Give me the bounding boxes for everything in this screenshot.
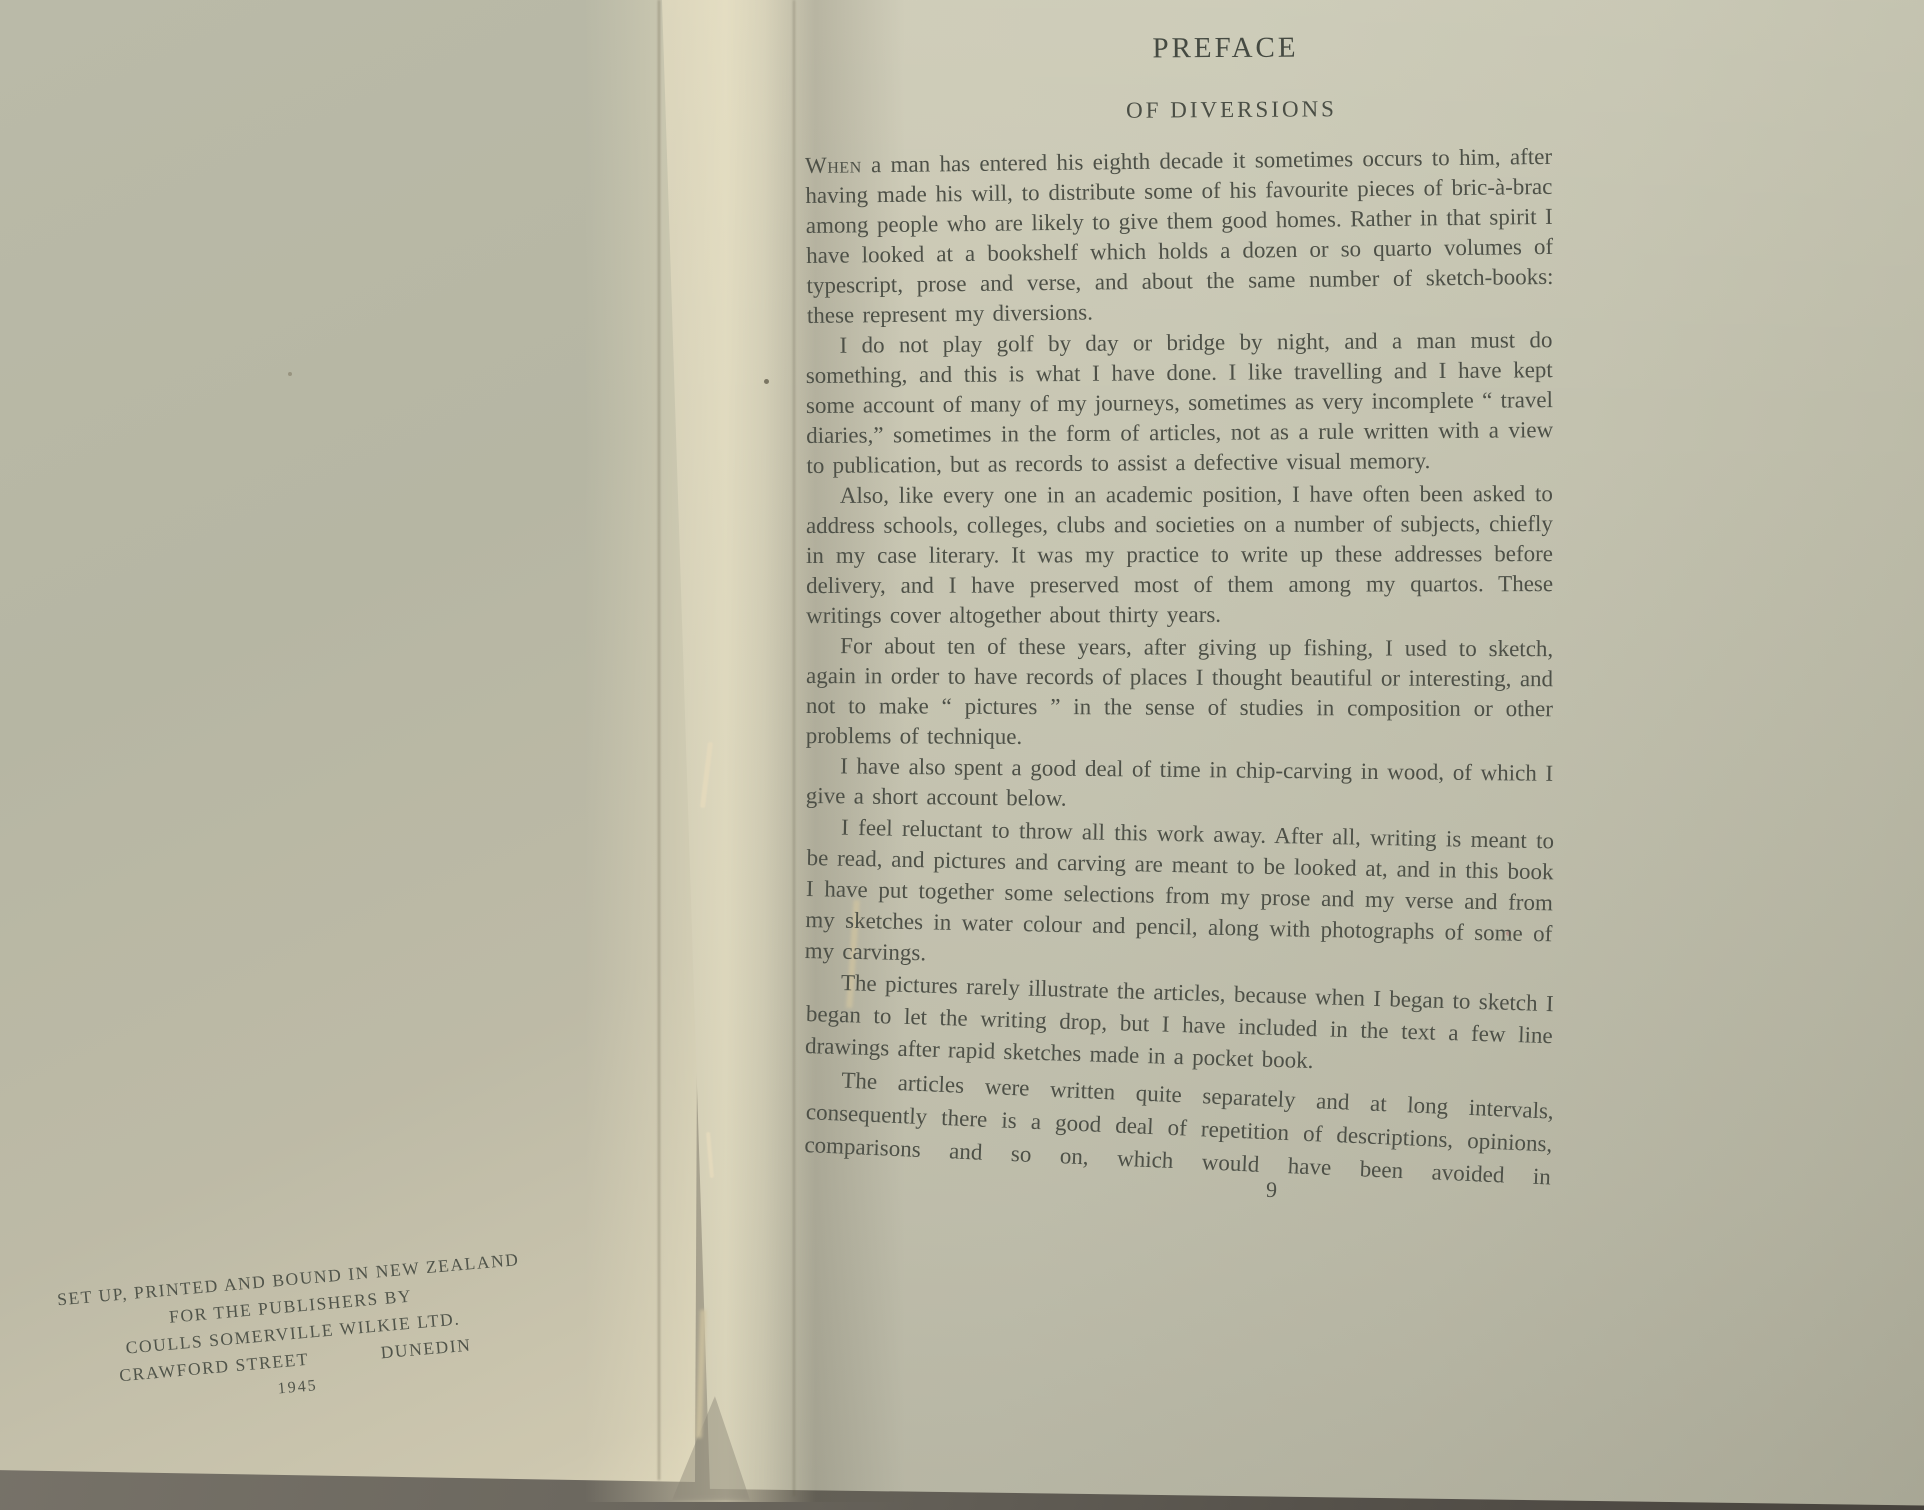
preface-paragraph: I feel reluctant to throw all this work …	[805, 811, 1555, 980]
left-page: SET UP, PRINTED AND BOUND IN NEW ZEALAND…	[0, 0, 702, 1488]
preface-paragraph: I have also spent a good deal of time in…	[806, 751, 1554, 819]
paper-speck	[288, 372, 292, 376]
preface-paragraph: I do not play golf by day or bridge by n…	[805, 325, 1553, 481]
preface-body: When a man has entered his eighth decade…	[806, 151, 1553, 1161]
preface-text-block: PREFACE OF DIVERSIONS When a man has ent…	[806, 32, 1553, 1203]
paper-tear-mark	[696, 1310, 706, 1438]
paper-speck	[764, 379, 769, 384]
page-subtitle: OF DIVERSIONS	[858, 94, 1605, 125]
preface-paragraph: Also, like every one in an academic posi…	[806, 479, 1553, 631]
book-photo: SET UP, PRINTED AND BOUND IN NEW ZEALAND…	[0, 0, 1924, 1510]
page-title: PREFACE	[852, 30, 1599, 67]
lead-word: When	[805, 152, 862, 178]
page-crease	[793, 0, 795, 1496]
paragraph-text: a man has entered his eighth decade it s…	[805, 144, 1553, 328]
page-crease	[658, 0, 660, 1480]
preface-paragraph: For about ten of these years, after givi…	[806, 631, 1554, 754]
preface-paragraph: When a man has entered his eighth decade…	[805, 142, 1554, 331]
colophon: SET UP, PRINTED AND BOUND IN NEW ZEALAND…	[45, 1245, 541, 1422]
